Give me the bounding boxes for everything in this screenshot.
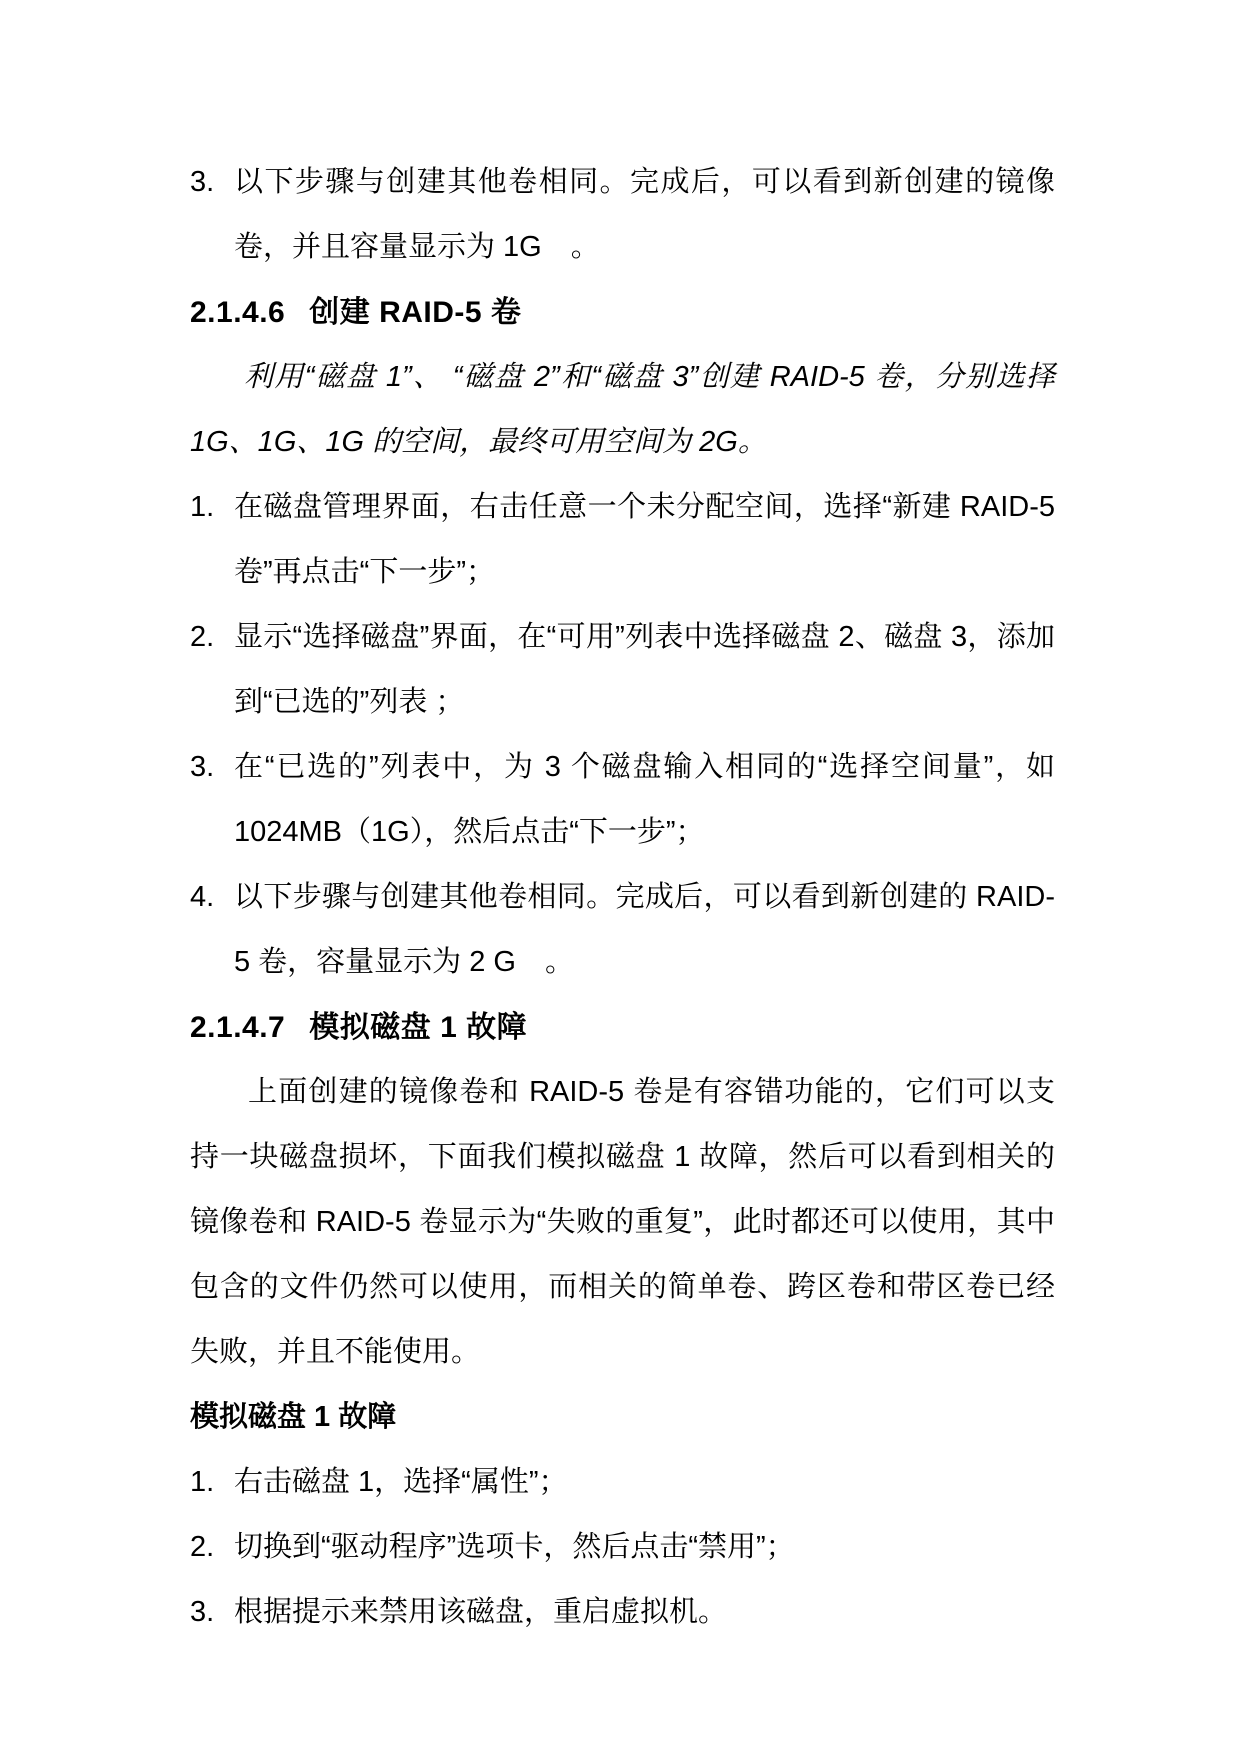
section-heading-simulate-disk1-failure: 2.1.4.7模拟磁盘 1 故障 <box>190 995 1055 1060</box>
step-text: 右击磁盘 1，选择“属性”； <box>234 1466 568 1498</box>
fault-step-1: 1. 右击磁盘 1，选择“属性”； <box>190 1450 1055 1515</box>
step-number: 1. <box>190 475 214 540</box>
fault-step-2: 2. 切换到“驱动程序”选项卡，然后点击“禁用”； <box>190 1515 1055 1580</box>
raid5-intro-paragraph: 利用“磁盘 1”、 “磁盘 2”和“磁盘 3”创建 RAID-5 卷，分别选择 … <box>190 345 1055 475</box>
step-number: 3. <box>190 150 214 215</box>
document-content: 3. 以下步骤与创建其他卷相同。完成后，可以看到新创建的镜像卷，并且容量显示为 … <box>0 0 1240 1645</box>
mirror-volume-step-3: 3. 以下步骤与创建其他卷相同。完成后，可以看到新创建的镜像卷，并且容量显示为 … <box>190 150 1055 280</box>
step-text: 在“已选的”列表中，为 3 个磁盘输入相同的“选择空间量”，如 1024MB（1… <box>234 751 1055 848</box>
raid5-step-3: 3. 在“已选的”列表中，为 3 个磁盘输入相同的“选择空间量”，如 1024M… <box>190 735 1055 865</box>
section-heading-create-raid5: 2.1.4.6创建 RAID-5 卷 <box>190 280 1055 345</box>
step-text: 切换到“驱动程序”选项卡，然后点击“禁用”； <box>234 1531 795 1563</box>
raid5-step-2: 2. 显示“选择磁盘”界面，在“可用”列表中选择磁盘 2、磁盘 3，添加到“已选… <box>190 605 1055 735</box>
step-number: 4. <box>190 865 214 930</box>
raid5-step-1: 1. 在磁盘管理界面，右击任意一个未分配空间，选择“新建 RAID-5 卷”再点… <box>190 475 1055 605</box>
section-title: 创建 RAID-5 卷 <box>309 296 521 329</box>
fault-step-3: 3. 根据提示来禁用该磁盘，重启虚拟机。 <box>190 1580 1055 1645</box>
step-text: 在磁盘管理界面，右击任意一个未分配空间，选择“新建 RAID-5 卷”再点击“下… <box>234 491 1055 588</box>
section-title: 模拟磁盘 1 故障 <box>309 1011 527 1044</box>
step-number: 1. <box>190 1450 214 1515</box>
document-page: 3. 以下步骤与创建其他卷相同。完成后，可以看到新创建的镜像卷，并且容量显示为 … <box>0 0 1240 1753</box>
raid5-step-4: 4. 以下步骤与创建其他卷相同。完成后，可以看到新创建的 RAID-5 卷，容量… <box>190 865 1055 995</box>
step-text: 显示“选择磁盘”界面，在“可用”列表中选择磁盘 2、磁盘 3，添加到“已选的”列… <box>234 621 1055 718</box>
section-number: 2.1.4.6 <box>190 280 285 345</box>
step-number: 2. <box>190 1515 214 1580</box>
section-number: 2.1.4.7 <box>190 995 285 1060</box>
step-text: 以下步骤与创建其他卷相同。完成后，可以看到新创建的 RAID-5 卷，容量显示为… <box>234 881 1055 978</box>
step-number: 3. <box>190 1580 214 1645</box>
subheading-simulate-disk1-failure: 模拟磁盘 1 故障 <box>190 1385 1055 1450</box>
step-text: 根据提示来禁用该磁盘，重启虚拟机。 <box>234 1596 727 1628</box>
step-text: 以下步骤与创建其他卷相同。完成后，可以看到新创建的镜像卷，并且容量显示为 1G … <box>234 166 1055 263</box>
step-number: 2. <box>190 605 214 670</box>
fault-intro-paragraph: 上面创建的镜像卷和 RAID-5 卷是有容错功能的，它们可以支持一块磁盘损坏，下… <box>190 1060 1055 1385</box>
step-number: 3. <box>190 735 214 800</box>
